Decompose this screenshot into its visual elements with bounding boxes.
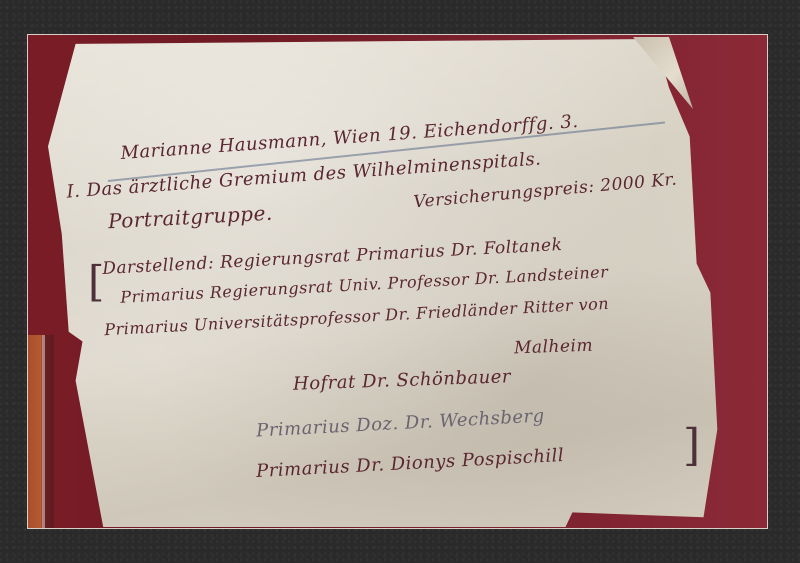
close-bracket: ] xyxy=(683,420,700,471)
photograph: Marianne Hausmann, Wien 19. Eichendorffg… xyxy=(27,34,768,529)
names-line-3: Malheim xyxy=(514,336,594,359)
wood-frame-edge xyxy=(28,335,54,529)
wood-frame-line xyxy=(42,335,45,529)
